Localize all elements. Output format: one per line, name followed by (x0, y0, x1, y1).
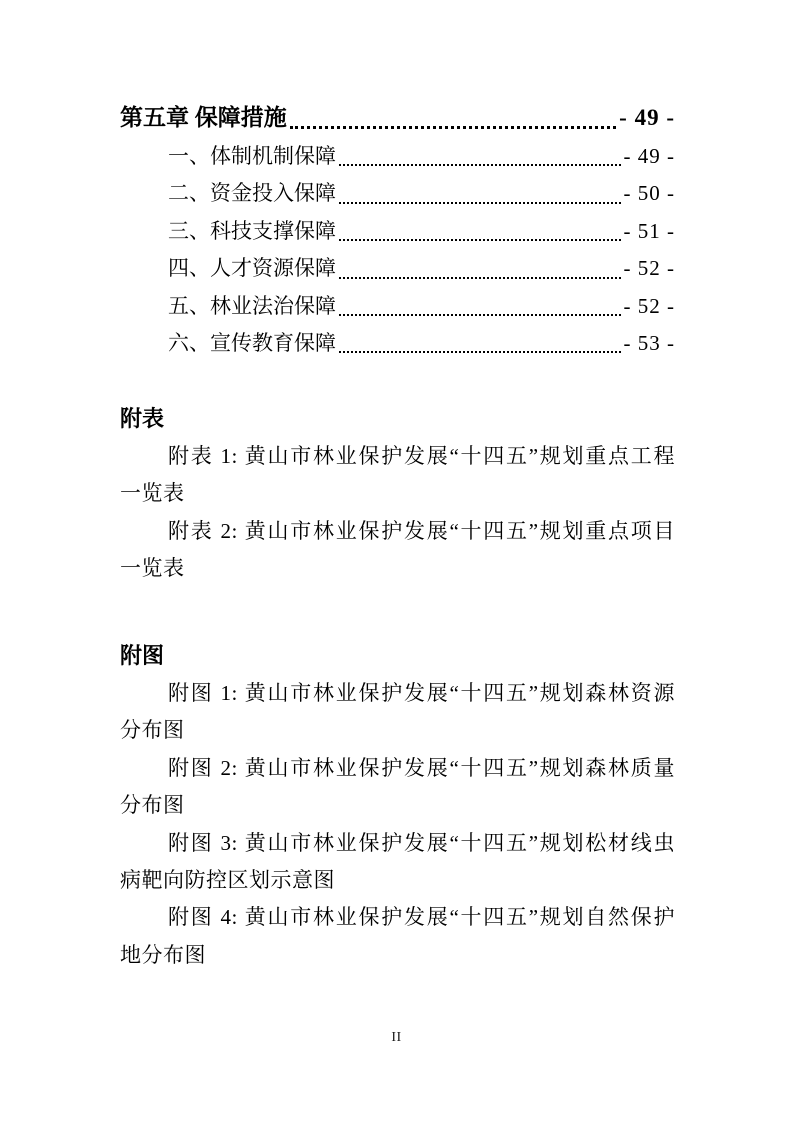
toc-entry-label: 第五章 保障措施 (120, 98, 287, 138)
toc-entry-page-number: - 53 - (624, 325, 676, 362)
dot-leader (336, 138, 624, 175)
document-page: 第五章 保障措施 - 49 - 一、体制机制保障 - 49 - 二、资金投入保障… (0, 0, 793, 1122)
dot-leader (287, 98, 619, 138)
dot-leader (336, 250, 624, 287)
toc-entry-label: 四、人才资源保障 (168, 250, 336, 287)
toc-entry-section-4[interactable]: 四、人才资源保障 - 52 - (120, 250, 675, 287)
toc-entry-label: 六、宣传教育保障 (168, 325, 336, 362)
dot-leader (336, 175, 624, 212)
appendix-figure-4-line-2: 地分布图 (120, 937, 675, 974)
page-footer: II (0, 1030, 793, 1046)
toc-entry-page-number: - 49 - (624, 138, 676, 175)
toc-entry-label: 二、资金投入保障 (168, 175, 336, 212)
appendix-table-2-line-2: 一览表 (120, 550, 675, 587)
appendix-figure-1-line-1: 附图 1: 黄山市林业保护发展“十四五”规划森林资源 (120, 675, 675, 712)
toc-entry-section-2[interactable]: 二、资金投入保障 - 50 - (120, 175, 675, 212)
toc-entry-page-number: - 49 - (619, 98, 675, 138)
appendix-figure-2-line-1: 附图 2: 黄山市林业保护发展“十四五”规划森林质量 (120, 750, 675, 787)
toc-entry-chapter-5[interactable]: 第五章 保障措施 - 49 - (120, 98, 675, 138)
appendix-figure-1-line-2: 分布图 (120, 712, 675, 749)
toc-entry-page-number: - 51 - (624, 213, 676, 250)
toc-entry-page-number: - 52 - (624, 250, 676, 287)
appendix-figure-3-line-1: 附图 3: 黄山市林业保护发展“十四五”规划松材线虫 (120, 825, 675, 862)
dot-leader (336, 288, 624, 325)
appendix-tables-heading: 附表 (120, 400, 675, 437)
appendix-table-1-line-2: 一览表 (120, 475, 675, 512)
toc-entry-label: 一、体制机制保障 (168, 138, 336, 175)
toc-entry-section-1[interactable]: 一、体制机制保障 - 49 - (120, 138, 675, 175)
table-of-contents: 第五章 保障措施 - 49 - 一、体制机制保障 - 49 - 二、资金投入保障… (120, 98, 675, 362)
appendix-figure-3-line-2: 病靶向防控区划示意图 (120, 862, 675, 899)
footer-page-number: II (391, 1030, 401, 1045)
toc-entry-label: 三、科技支撑保障 (168, 213, 336, 250)
toc-entry-page-number: - 50 - (624, 175, 676, 212)
appendix-figures-heading: 附图 (120, 637, 675, 674)
appendix-table-2-line-1: 附表 2: 黄山市林业保护发展“十四五”规划重点项目 (120, 513, 675, 550)
toc-entry-section-5[interactable]: 五、林业法治保障 - 52 - (120, 288, 675, 325)
appendix-figure-2-line-2: 分布图 (120, 787, 675, 824)
dot-leader (336, 213, 624, 250)
toc-entry-section-6[interactable]: 六、宣传教育保障 - 53 - (120, 325, 675, 362)
dot-leader (336, 325, 624, 362)
toc-entry-section-3[interactable]: 三、科技支撑保障 - 51 - (120, 213, 675, 250)
toc-entry-page-number: - 52 - (624, 288, 676, 325)
appendix-figure-4-line-1: 附图 4: 黄山市林业保护发展“十四五”规划自然保护 (120, 899, 675, 936)
toc-entry-label: 五、林业法治保障 (168, 288, 336, 325)
appendix-table-1-line-1: 附表 1: 黄山市林业保护发展“十四五”规划重点工程 (120, 438, 675, 475)
